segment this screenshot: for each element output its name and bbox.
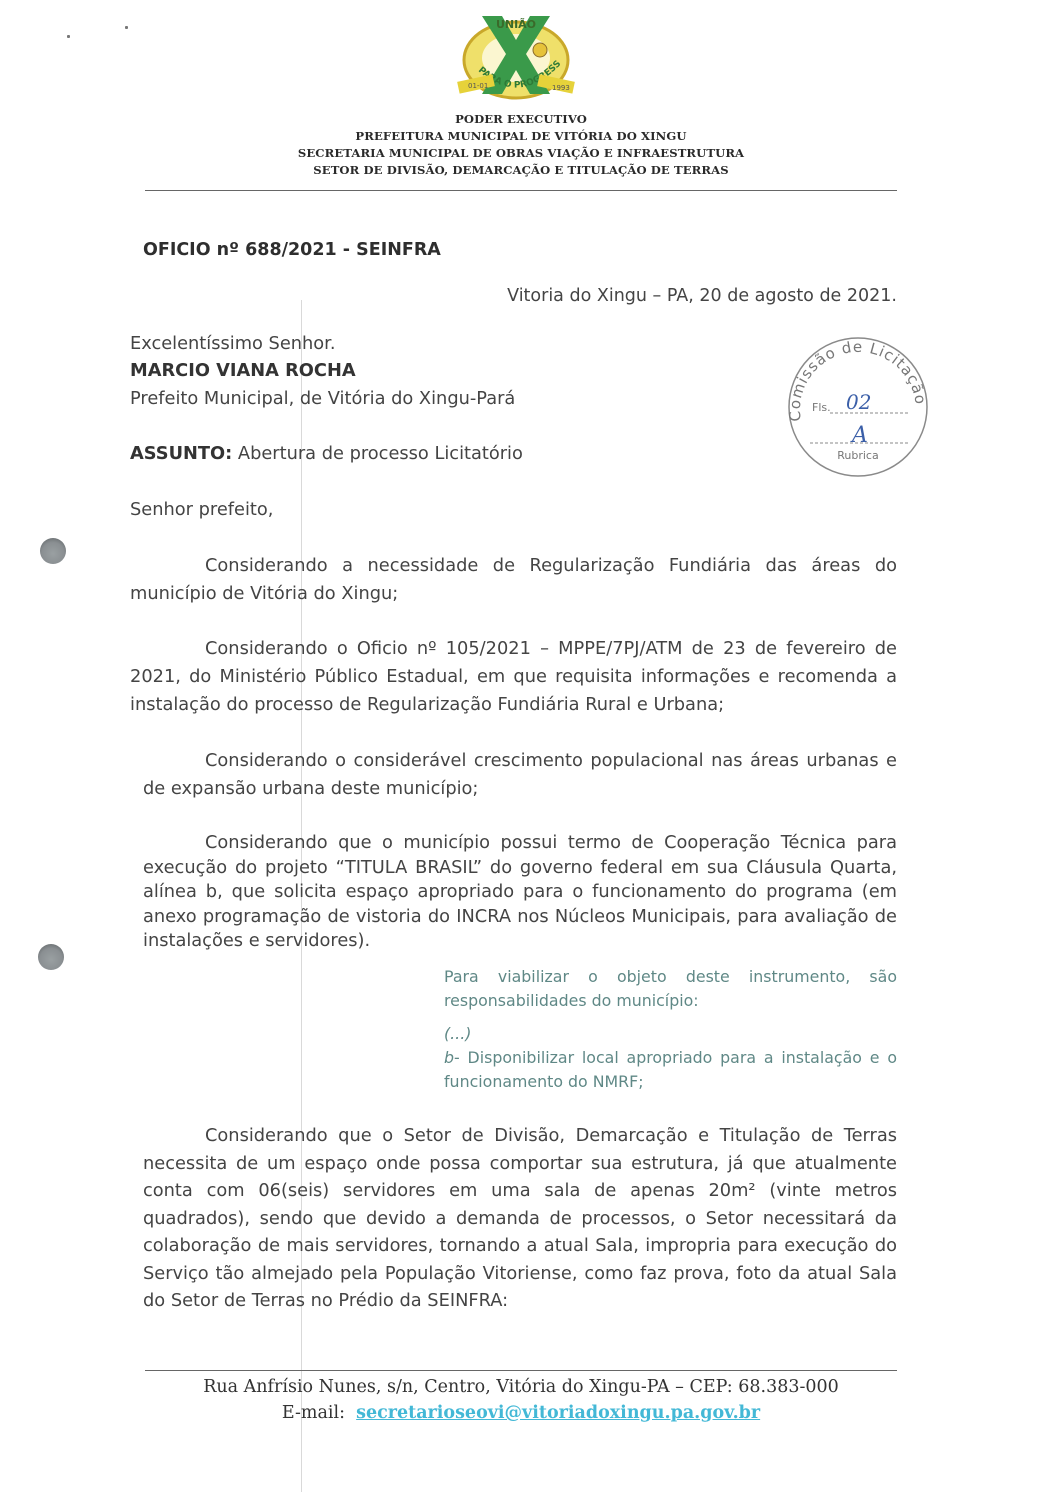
punch-hole (38, 944, 64, 970)
subject-line: ASSUNTO: Abertura de processo Licitatóri… (130, 440, 523, 468)
salutation: Excelentíssimo Senhor. (130, 330, 336, 358)
municipal-logo: UNIÃO PARA O PROGRESSO 01-01 1993 (452, 10, 580, 106)
svg-text:Fls.: Fls. (812, 401, 831, 414)
recipient-title: Prefeito Municipal, de Vitória do Xingu-… (130, 385, 515, 413)
greeting: Senhor prefeito, (130, 496, 273, 524)
header-divider (145, 190, 897, 191)
header-line-sector: SETOR DE DIVISÃO, DEMARCAÇÃO E TITULAÇÃO… (0, 162, 1042, 179)
header-line-secretariat: SECRETARIA MUNICIPAL DE OBRAS VIAÇÃO E I… (0, 145, 1042, 162)
footer-email-line: E-mail: secretarioseovi@vitoriadoxingu.p… (0, 1400, 1042, 1426)
letterhead: PODER EXECUTIVO PREFEITURA MUNICIPAL DE … (0, 111, 1042, 179)
quote-ellipsis: (...) (444, 1022, 897, 1046)
paragraph-1: Considerando a necessidade de Regulariza… (130, 552, 897, 608)
subject-text: Abertura de processo Licitatório (232, 443, 523, 464)
paragraph-4: Considerando que o município possui term… (143, 831, 897, 954)
email-link[interactable]: secretarioseovi@vitoriadoxingu.pa.gov.br (356, 1403, 760, 1423)
svg-text:A: A (850, 423, 868, 448)
header-line-prefecture: PREFEITURA MUNICIPAL DE VITÓRIA DO XINGU (0, 128, 1042, 145)
quote-item: b- Disponibilizar local apropriado para … (444, 1046, 897, 1094)
subject-label: ASSUNTO: (130, 443, 232, 464)
paragraph-2: Considerando o Oficio nº 105/2021 – MPPE… (130, 635, 897, 719)
bidding-commission-stamp: Comissão de Licitação Fls. 02 A Rubrica (786, 335, 930, 479)
recipient-name: MARCIO VIANA ROCHA (130, 357, 356, 385)
header-line-branch: PODER EXECUTIVO (0, 111, 1042, 128)
quote-item-letter: b (444, 1048, 454, 1067)
scan-speck (125, 26, 128, 29)
document-reference: OFICIO nº 688/2021 - SEINFRA (143, 240, 441, 260)
paragraph-3: Considerando o considerável crescimento … (143, 747, 897, 803)
svg-text:02: 02 (846, 390, 871, 414)
scan-speck (67, 35, 70, 38)
footer-divider (145, 1370, 897, 1371)
footer-address: Rua Anfrísio Nunes, s/n, Centro, Vitória… (0, 1374, 1042, 1400)
punch-hole (40, 538, 66, 564)
svg-text:Rubrica: Rubrica (837, 449, 878, 462)
svg-text:UNIÃO: UNIÃO (496, 18, 536, 31)
place-date: Vitoria do Xingu – PA, 20 de agosto de 2… (507, 286, 897, 306)
svg-text:1993: 1993 (552, 84, 570, 92)
quote-item-text: - Disponibilizar local apropriado para a… (444, 1048, 897, 1091)
quote-intro: Para viabilizar o objeto deste instrumen… (444, 965, 897, 1013)
paragraph-5: Considerando que o Setor de Divisão, Dem… (143, 1122, 897, 1315)
email-label: E-mail: (282, 1403, 345, 1423)
svg-text:01-01: 01-01 (468, 82, 488, 90)
